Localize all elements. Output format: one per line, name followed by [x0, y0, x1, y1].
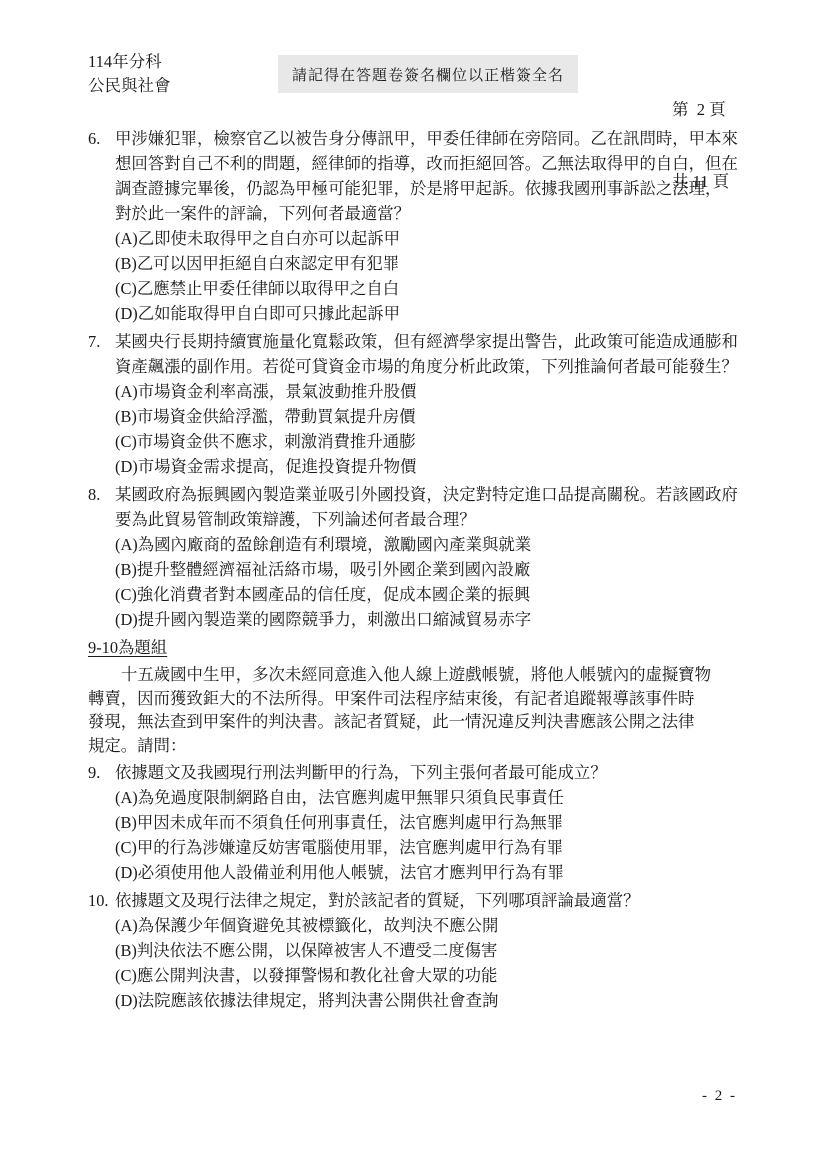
question-stem: 依據題文及我國現行刑法判斷甲的行為，下列主張何者最可能成立？: [115, 760, 758, 785]
stem-line: 甲涉嫌犯罪，檢察官乙以被告身分傳訊甲，甲委任律師在旁陪同。乙在訊問時，甲本來: [115, 126, 758, 151]
option-line: (D)市場資金需求提高，促進投資提升物價: [115, 454, 758, 479]
option-line: (B)甲因未成年而不須負任何刑事責任，法官應判處甲行為無罪: [115, 810, 758, 835]
footer-page-number: - 2 -: [0, 1088, 737, 1105]
question-7: 7. 某國央行長期持續實施量化寬鬆政策，但有經濟學家提出警告，此政策可能造成通膨…: [88, 329, 758, 479]
question-options: (A)為保護少年個資避免其被標籤化，故判決不應公開(B)判決依法不應公開，以保障…: [115, 913, 758, 1013]
option-line: (C)應公開判決書，以發揮警惕和教化社會大眾的功能: [115, 963, 758, 988]
question-options: (A)為免過度限制網路自由，法官應判處甲無罪只須負民事責任(B)甲因未成年而不須…: [115, 785, 758, 885]
question-stem: 依據題文及現行法律之規定，對於該記者的質疑，下列哪項評論最適當？: [115, 888, 758, 913]
option-line: (C)乙應禁止甲委任律師以取得甲之自白: [115, 276, 758, 301]
stem-line: 想回答對自己不利的問題，經律師的指導，改而拒絕回答。乙無法取得甲的自白，但在: [115, 151, 758, 176]
stem-line: 要為此貿易管制政策辯護，下列論述何者最合理？: [115, 507, 758, 532]
exam-year-subject: 114年分科: [88, 50, 171, 74]
passage-line: 發現，無法查到甲案件的判決書。該記者質疑，此一情況違反判決書應該公開之法律: [88, 710, 758, 734]
question-area: 6. 甲涉嫌犯罪，檢察官乙以被告身分傳訊甲，甲委任律師在旁陪同。乙在訊問時，甲本…: [88, 126, 758, 1016]
option-line: (C)市場資金供不應求，刺激消費推升通膨: [115, 429, 758, 454]
question-number: 6.: [88, 126, 115, 326]
option-line: (B)市場資金供給浮濫，帶動買氣提升房價: [115, 404, 758, 429]
question-body: 依據題文及我國現行刑法判斷甲的行為，下列主張何者最可能成立？ (A)為免過度限制…: [115, 760, 758, 885]
option-line: (A)為保護少年個資避免其被標籤化，故判決不應公開: [115, 913, 758, 938]
question-body: 某國央行長期持續實施量化寬鬆政策，但有經濟學家提出警告，此政策可能造成通膨和資產…: [115, 329, 758, 479]
question-group-heading: 9-10為題組: [88, 635, 758, 660]
option-line: (D)乙如能取得甲自白即可只據此起訴甲: [115, 301, 758, 326]
stem-line: 依據題文及我國現行刑法判斷甲的行為，下列主張何者最可能成立？: [115, 760, 758, 785]
question-8: 8. 某國政府為振興國內製造業並吸引外國投資，決定對特定進口品提高關稅。若該國政…: [88, 482, 758, 632]
option-line: (C)強化消費者對本國產品的信任度，促成本國企業的振興: [115, 582, 758, 607]
question-stem: 甲涉嫌犯罪，檢察官乙以被告身分傳訊甲，甲委任律師在旁陪同。乙在訊問時，甲本來想回…: [115, 126, 758, 226]
option-line: (B)判決依法不應公開，以保障被害人不遭受二度傷害: [115, 938, 758, 963]
question-number: 9.: [88, 760, 115, 885]
option-line: (A)乙即使未取得甲之自白亦可以起訴甲: [115, 226, 758, 251]
stem-line: 依據題文及現行法律之規定，對於該記者的質疑，下列哪項評論最適當？: [115, 888, 758, 913]
option-line: (B)乙可以因甲拒絕自白來認定甲有犯罪: [115, 251, 758, 276]
exam-page: 114年分科 公民與社會 請記得在答題卷簽名欄位以正楷簽全名 第 2 頁 共 1…: [0, 0, 827, 1170]
option-line: (D)法院應該依據法律規定，將判決書公開供社會查詢: [115, 988, 758, 1013]
stem-line: 調查證據完畢後，仍認為甲極可能犯罪，於是將甲起訴。依據我國刑事訴訟之法理，: [115, 176, 758, 201]
signature-notice-text: 請記得在答題卷簽名欄位以正楷簽全名: [292, 64, 564, 85]
question-stem: 某國政府為振興國內製造業並吸引外國投資，決定對特定進口品提高關稅。若該國政府要為…: [115, 482, 758, 532]
question-options: (A)乙即使未取得甲之自白亦可以起訴甲(B)乙可以因甲拒絕自白來認定甲有犯罪(C…: [115, 226, 758, 326]
question-number: 7.: [88, 329, 115, 479]
passage-line: 規定。請問：: [88, 734, 758, 758]
passage-line: 轉賣，因而獲致鉅大的不法所得。甲案件司法程序結束後，有記者追蹤報導該事件時: [88, 687, 758, 711]
question-options: (A)為國內廠商的盈餘創造有利環境，激勵國內產業與就業(B)提升整體經濟福祉活絡…: [115, 532, 758, 632]
question-10: 10. 依據題文及現行法律之規定，對於該記者的質疑，下列哪項評論最適當？ (A)…: [88, 888, 758, 1013]
stem-line: 對於此一案件的評論，下列何者最適當？: [115, 201, 758, 226]
question-body: 某國政府為振興國內製造業並吸引外國投資，決定對特定進口品提高關稅。若該國政府要為…: [115, 482, 758, 632]
question-body: 依據題文及現行法律之規定，對於該記者的質疑，下列哪項評論最適當？ (A)為保護少…: [115, 888, 758, 1013]
option-line: (A)市場資金利率高漲，景氣波動推升股價: [115, 379, 758, 404]
exam-subject-name: 公民與社會: [88, 74, 171, 98]
option-line: (C)甲的行為涉嫌違反妨害電腦使用罪，法官應判處甲行為有罪: [115, 835, 758, 860]
question-group-passage: 十五歲國中生甲，多次未經同意進入他人線上遊戲帳號，將他人帳號內的虛擬寶物轉賣，因…: [88, 663, 758, 757]
stem-line: 某國央行長期持續實施量化寬鬆政策，但有經濟學家提出警告，此政策可能造成通膨和: [115, 329, 758, 354]
stem-line: 資產飆漲的副作用。若從可貸資金市場的角度分析此政策，下列推論何者最可能發生？: [115, 354, 758, 379]
passage-line: 十五歲國中生甲，多次未經同意進入他人線上遊戲帳號，將他人帳號內的虛擬寶物: [88, 663, 758, 687]
option-line: (A)為國內廠商的盈餘創造有利環境，激勵國內產業與就業: [115, 532, 758, 557]
option-line: (B)提升整體經濟福祉活絡市場，吸引外國企業到國內設廠: [115, 557, 758, 582]
question-number: 10.: [88, 888, 115, 1013]
stem-line: 某國政府為振興國內製造業並吸引外國投資，決定對特定進口品提高關稅。若該國政府: [115, 482, 758, 507]
question-body: 甲涉嫌犯罪，檢察官乙以被告身分傳訊甲，甲委任律師在旁陪同。乙在訊問時，甲本來想回…: [115, 126, 758, 326]
option-line: (D)必須使用他人設備並利用他人帳號，法官才應判甲行為有罪: [115, 860, 758, 885]
option-line: (A)為免過度限制網路自由，法官應判處甲無罪只須負民事責任: [115, 785, 758, 810]
signature-notice-box: 請記得在答題卷簽名欄位以正楷簽全名: [278, 55, 578, 93]
option-line: (D)提升國內製造業的國際競爭力，刺激出口縮減貿易赤字: [115, 607, 758, 632]
page-indicator-current: 第 2 頁: [672, 98, 729, 122]
exam-title: 114年分科 公民與社會: [88, 50, 171, 98]
question-stem: 某國央行長期持續實施量化寬鬆政策，但有經濟學家提出警告，此政策可能造成通膨和資產…: [115, 329, 758, 379]
question-9: 9. 依據題文及我國現行刑法判斷甲的行為，下列主張何者最可能成立？ (A)為免過…: [88, 760, 758, 885]
question-number: 8.: [88, 482, 115, 632]
question-6: 6. 甲涉嫌犯罪，檢察官乙以被告身分傳訊甲，甲委任律師在旁陪同。乙在訊問時，甲本…: [88, 126, 758, 326]
question-options: (A)市場資金利率高漲，景氣波動推升股價(B)市場資金供給浮濫，帶動買氣提升房價…: [115, 379, 758, 479]
